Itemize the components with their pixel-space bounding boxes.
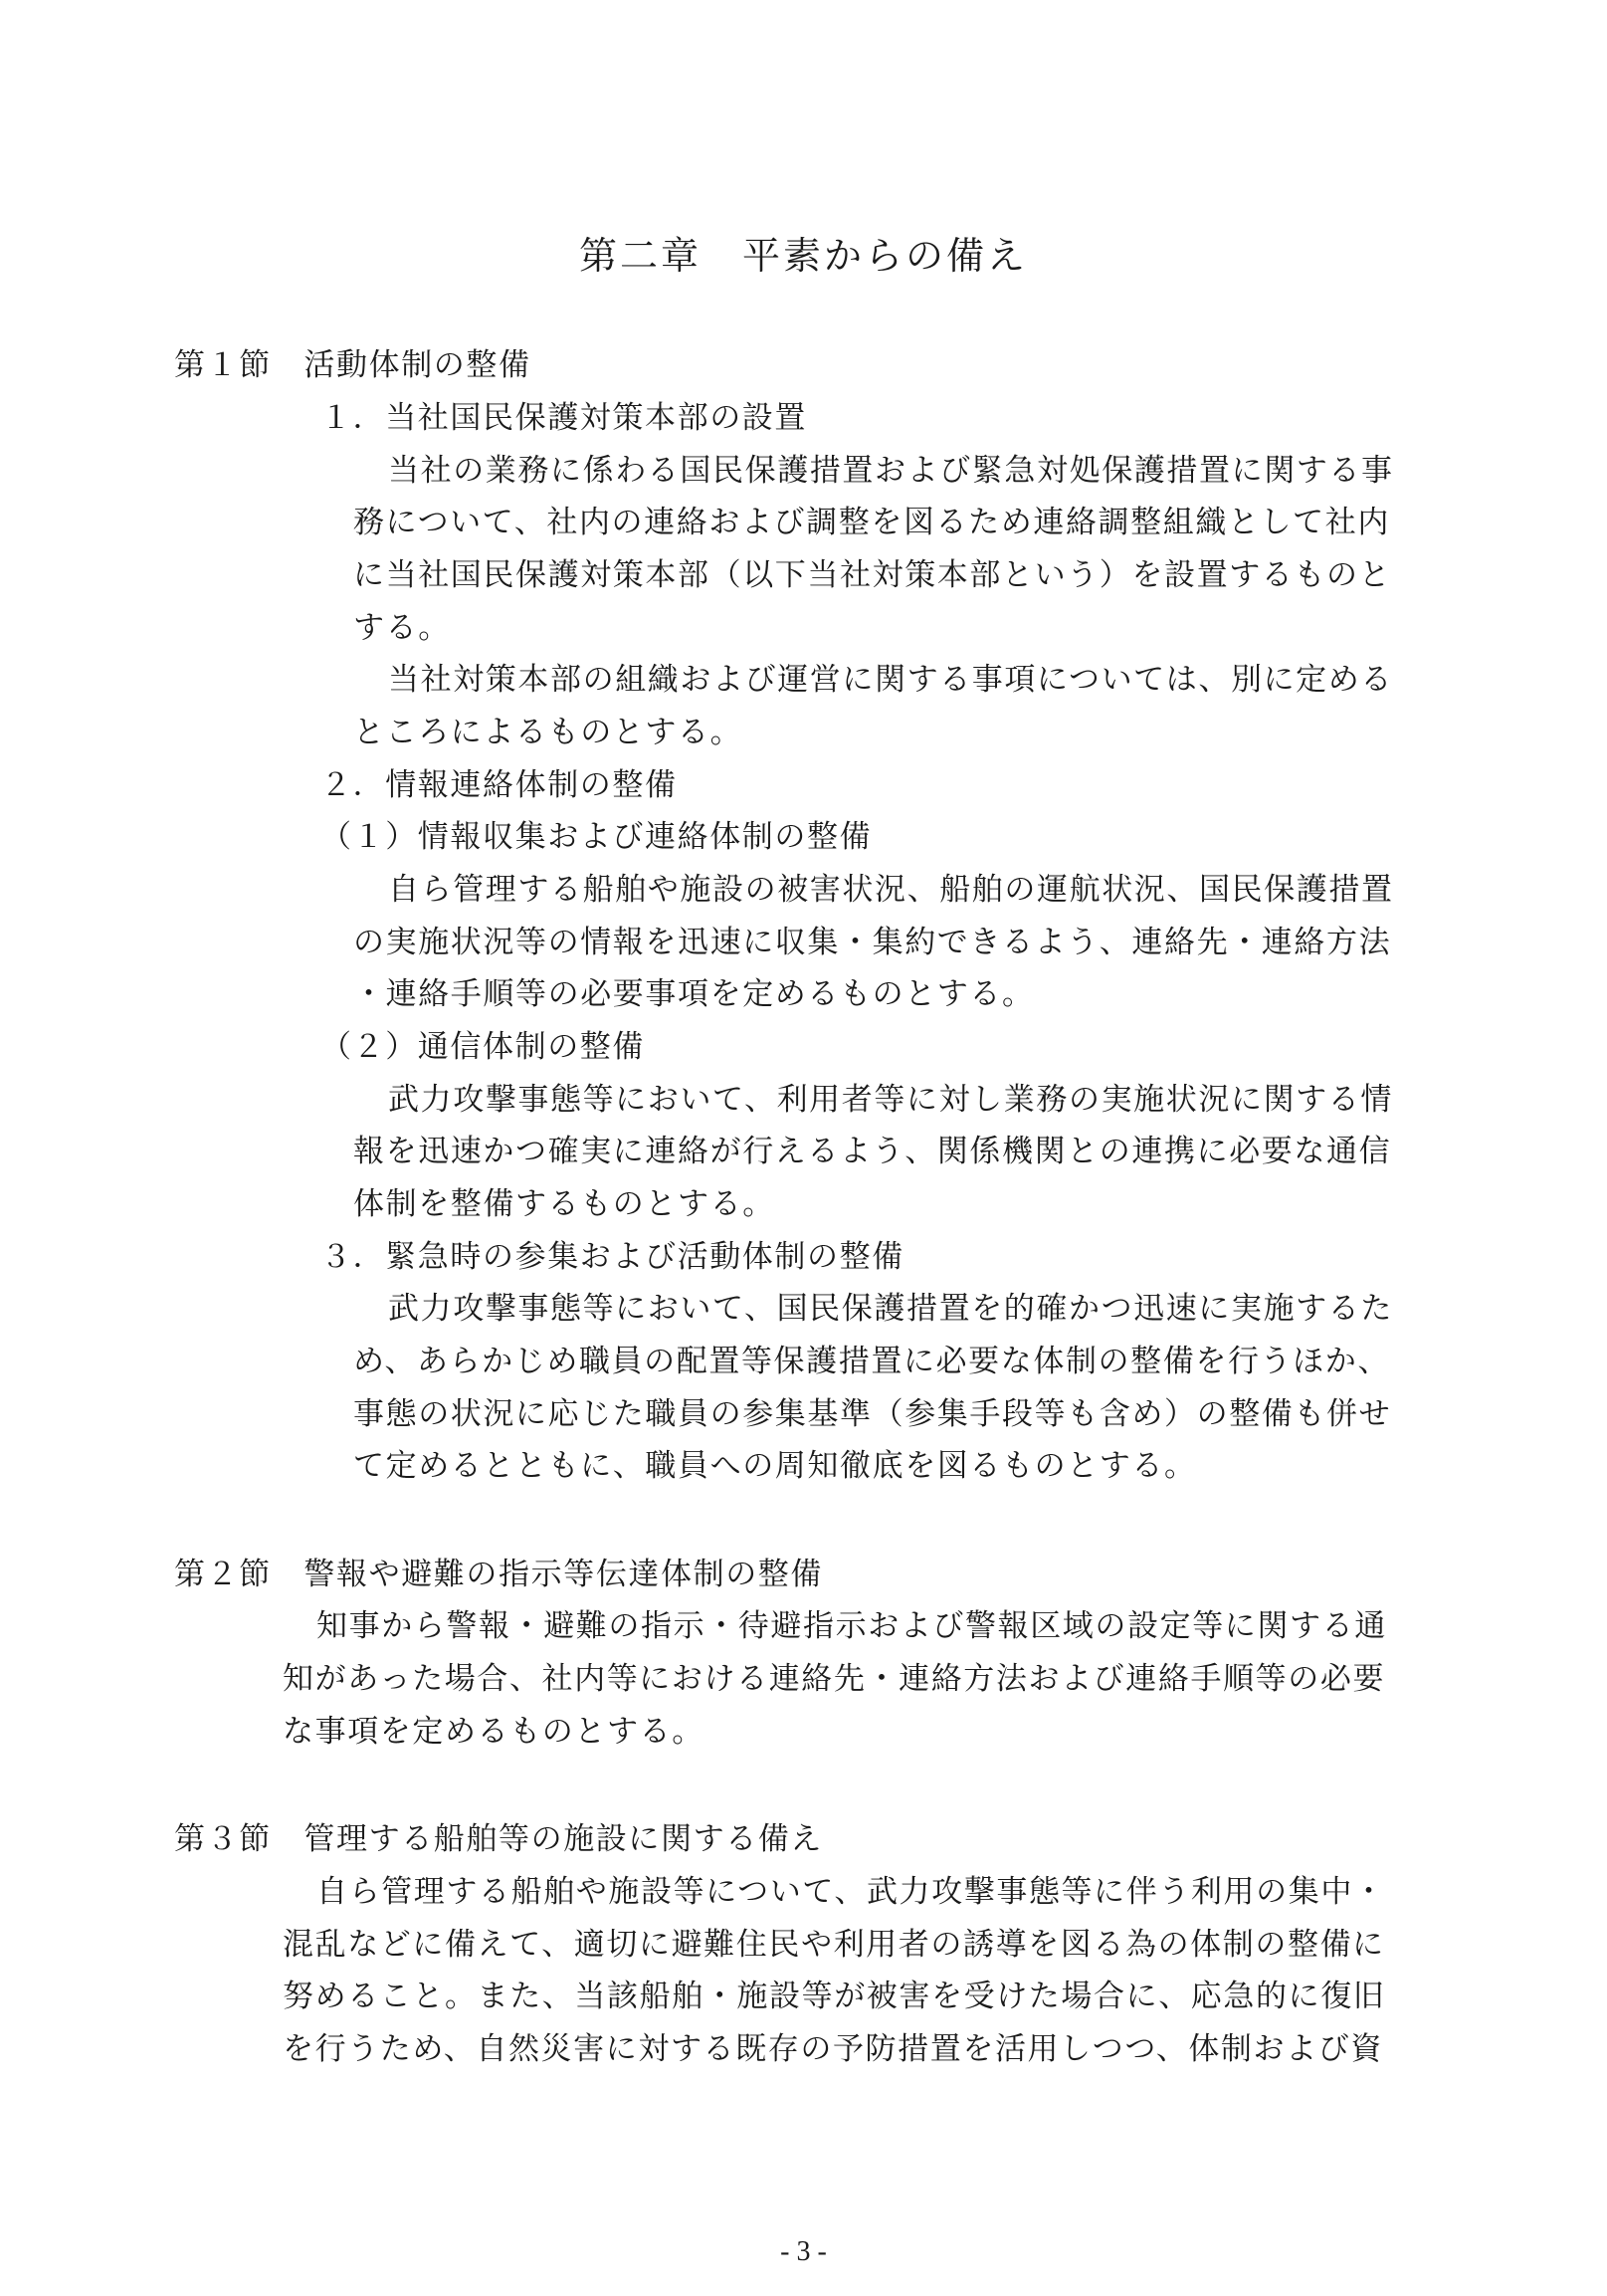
- section-3-line-3: 努めること。また、当該船舶・施設等が被害を受けた場合に、応急的に復旧: [283, 1977, 1385, 2016]
- chapter-title: 第二章 平素からの備え: [0, 231, 1607, 281]
- item-3-line-3: 事態の状況に応じた職員の参集基準（参集手段等も含め）の整備も併せ: [353, 1394, 1391, 1434]
- item-1-para-1-line-3: に当社国民保護対策本部（以下当社対策本部という）を設置するものと: [353, 555, 1391, 595]
- item-3-line-4: て定めるとともに、職員への周知徹底を図るものとする。: [353, 1446, 1197, 1486]
- subitem-2-1-line-2: の実施状況等の情報を迅速に収集・集約できるよう、連絡先・連絡方法: [353, 923, 1391, 962]
- section-2-heading: 第２節 警報や避難の指示等伝達体制の整備: [174, 1555, 823, 1594]
- item-3-line-2: め、あらかじめ職員の配置等保護措置に必要な体制の整備を行うほか、: [353, 1342, 1390, 1381]
- item-1-para-2-line-2: ところによるものとする。: [353, 713, 742, 752]
- section-1-heading: 第１節 活動体制の整備: [174, 345, 531, 385]
- item-3-heading: ３．緊急時の参集および活動体制の整備: [320, 1237, 904, 1277]
- item-1-heading: １．当社国民保護対策本部の設置: [320, 398, 807, 438]
- section-3-line-2: 混乱などに備えて、適切に避難住民や利用者の誘導を図る為の体制の整備に: [283, 1925, 1385, 1965]
- document-page: 第二章 平素からの備え 第１節 活動体制の整備 １．当社国民保護対策本部の設置 …: [0, 0, 1607, 2296]
- subitem-2-2-line-3: 体制を整備するものとする。: [353, 1184, 775, 1224]
- subitem-2-2-line-2: 報を迅速かつ確実に連絡が行えるよう、関係機関との連携に必要な通信: [353, 1132, 1391, 1171]
- subitem-2-1-line-1: 自ら管理する船舶や施設の被害状況、船舶の運航状況、国民保護措置: [388, 870, 1394, 910]
- item-1-para-2-line-1: 当社対策本部の組織および運営に関する事項については、別に定める: [388, 660, 1393, 700]
- subitem-2-2-heading: （２）通信体制の整備: [320, 1027, 645, 1067]
- subitem-2-2-line-1: 武力攻撃事態等において、利用者等に対し業務の実施状況に関する情: [388, 1080, 1393, 1120]
- subitem-2-1-heading: （１）情報収集および連絡体制の整備: [320, 817, 872, 857]
- item-3-line-1: 武力攻撃事態等において、国民保護措置を的確かつ迅速に実施するた: [388, 1289, 1393, 1329]
- section-3-heading: 第３節 管理する船舶等の施設に関する備え: [174, 1819, 823, 1859]
- section-3-line-1: 自ら管理する船舶や施設等について、武力攻撃事態等に伴う利用の集中・: [316, 1872, 1386, 1912]
- section-3-line-4: を行うため、自然災害に対する既存の予防措置を活用しつつ、体制および資: [283, 2029, 1383, 2069]
- section-2-line-3: な事項を定めるものとする。: [283, 1712, 704, 1752]
- section-2-line-1: 知事から警報・避難の指示・待避指示および警報区域の設定等に関する通: [316, 1606, 1387, 1646]
- page-number: - 3 -: [0, 2234, 1607, 2270]
- subitem-2-1-line-3: ・連絡手順等の必要事項を定めるものとする。: [353, 974, 1035, 1014]
- item-1-para-1-line-1: 当社の業務に係わる国民保護措置および緊急対処保護措置に関する事: [388, 451, 1394, 491]
- item-2-heading: ２．情報連絡体制の整備: [320, 765, 678, 805]
- item-1-para-1-line-2: 務について、社内の連絡および調整を図るため連絡調整組織として社内: [353, 503, 1390, 542]
- section-2-line-2: 知があった場合、社内等における連絡先・連絡方法および連絡手順等の必要: [283, 1659, 1385, 1699]
- item-1-para-1-line-4: する。: [353, 608, 451, 648]
